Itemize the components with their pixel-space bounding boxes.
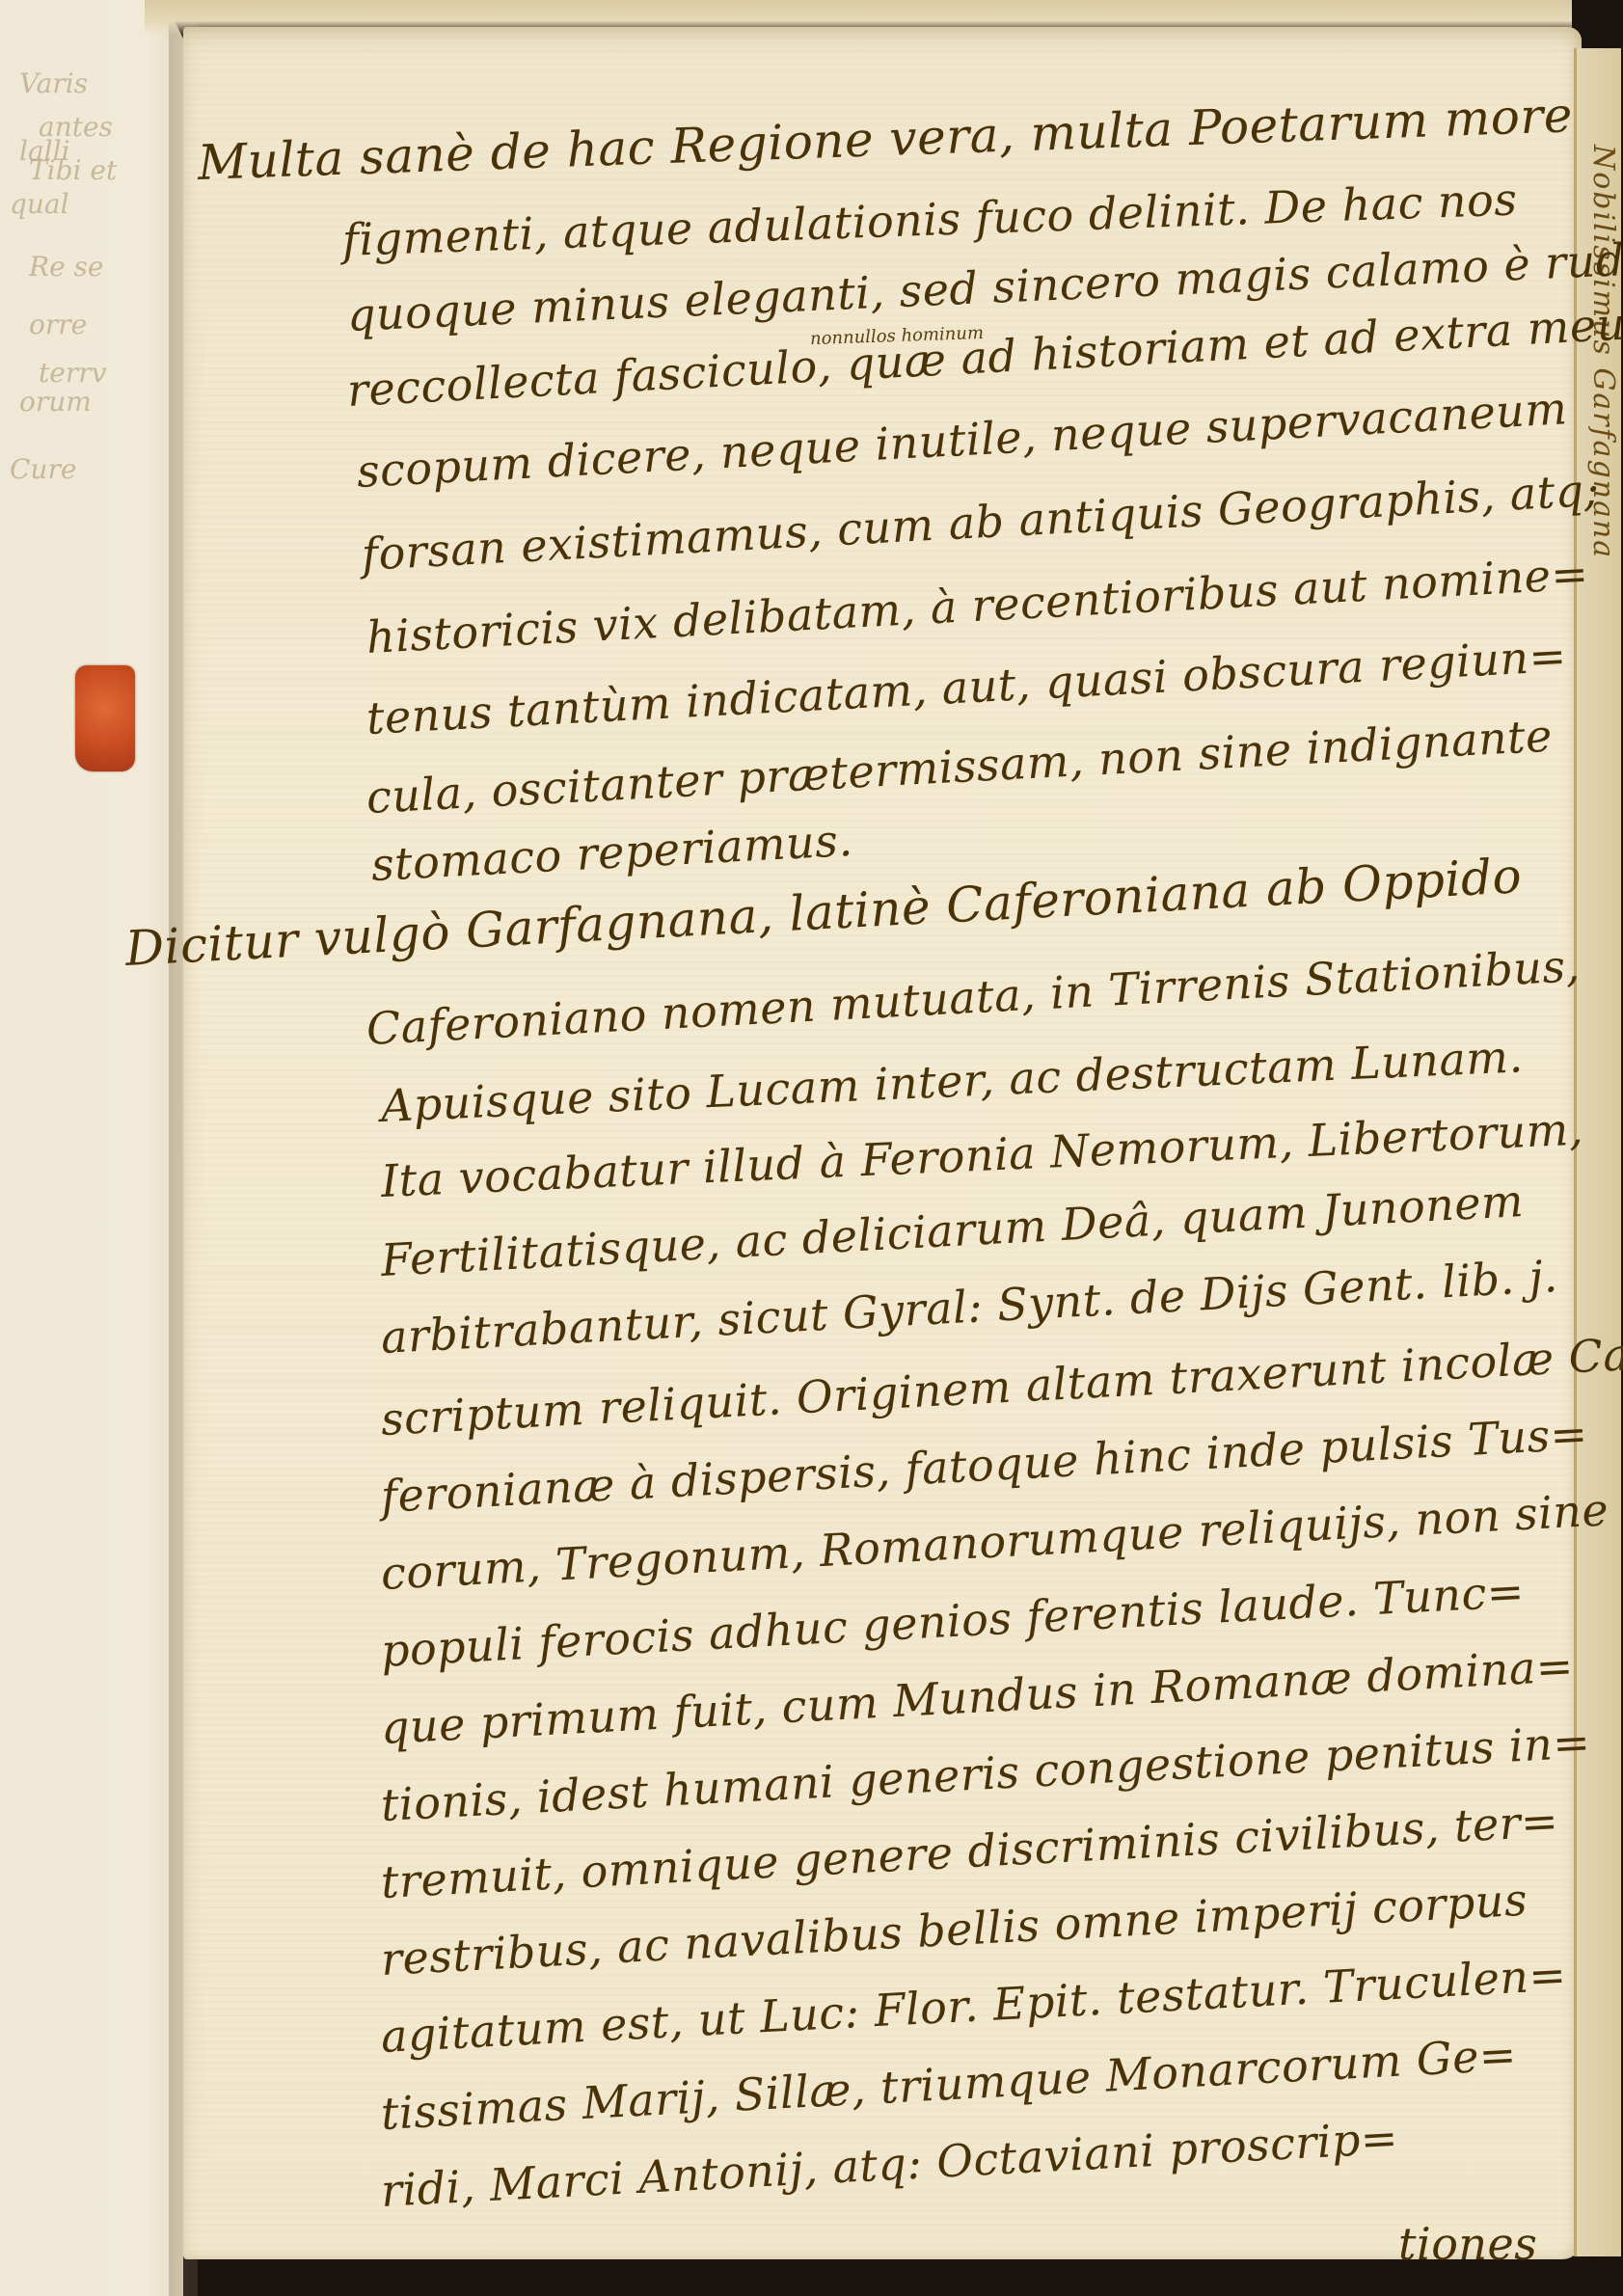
text-line: stomaco reperiamus.	[370, 814, 854, 891]
text-line: Multa sanè de hac Regione vera, multa Po…	[197, 87, 1574, 191]
manuscript-text: Multa sanè de hac Regione vera, multa Po…	[0, 0, 1623, 2296]
catchword: tiones	[1398, 2218, 1537, 2270]
